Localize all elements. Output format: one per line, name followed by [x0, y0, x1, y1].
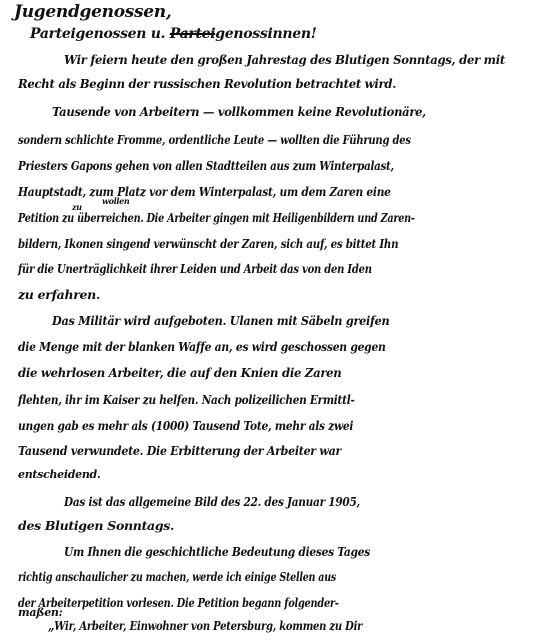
text-line: die Menge mit der blanken Waffe an, es w… [18, 339, 386, 354]
salutation-party-comrades: Parteigenossen u. [30, 26, 165, 42]
handwritten-document-page: Jugendgenossen, Parteigenossen u. Partei… [0, 0, 536, 641]
text-line: Das ist das allgemeine Bild des 22. des … [64, 494, 360, 509]
text-line: Recht als Beginn der russischen Revoluti… [18, 76, 396, 91]
text-line: flehten, ihr im Kaiser zu helfen. Nach p… [18, 392, 355, 407]
text-line: bildern, Ikonen singend verwünscht der Z… [18, 236, 398, 251]
interlinear-insert: wollen [102, 196, 129, 206]
text-line: Tausende von Arbeitern — vollkommen kein… [52, 104, 426, 119]
text-line: entscheidend. [18, 468, 100, 481]
salutation-female-comrades: genossinnen! [215, 26, 316, 42]
text-line: Priesters Gapons gehen von allen Stadtte… [18, 158, 394, 173]
text-line: Petition zu überreichen. Die Arbeiter gi… [18, 210, 415, 225]
text-line: des Blutigen Sonntags. [18, 518, 174, 533]
text-line: zu erfahren. [18, 287, 100, 302]
text-line: die wehrlosen Arbeiter, die auf den Knie… [18, 365, 341, 380]
quotation-text: Wir, Arbeiter, Einwohner von Petersburg,… [54, 618, 362, 633]
text-line: Hauptstadt, zum Platz vor dem Winterpala… [18, 184, 391, 199]
text-line: richtig anschaulicher zu machen, werde i… [18, 569, 336, 584]
text-line: Wir feiern heute den großen Jahrestag de… [64, 52, 505, 67]
salutation-line-1: Jugendgenossen, [14, 2, 172, 22]
text-line: Das Militär wird aufgeboten. Ulanen mit … [52, 313, 389, 328]
text-line: ungen gab es mehr als (1000) Tausend Tot… [18, 418, 353, 433]
salutation-line-2: Parteigenossen u. Parteigenossinnen! [30, 26, 317, 42]
text-line: der Arbeiterpetition vorlesen. Die Petit… [18, 595, 339, 610]
text-line: Um Ihnen die geschichtliche Bedeutung di… [64, 544, 370, 559]
text-line: Tausend verwundete. Die Erbitterung der … [18, 443, 341, 458]
text-line: sondern schlichte Fromme, ordentliche Le… [18, 132, 411, 147]
text-line: für die Unerträglichkeit ihrer Leiden un… [18, 261, 372, 276]
struck-out-word: Partei [170, 26, 216, 42]
quotation-line: „Wir, Arbeiter, Einwohner von Petersburg… [48, 618, 362, 634]
